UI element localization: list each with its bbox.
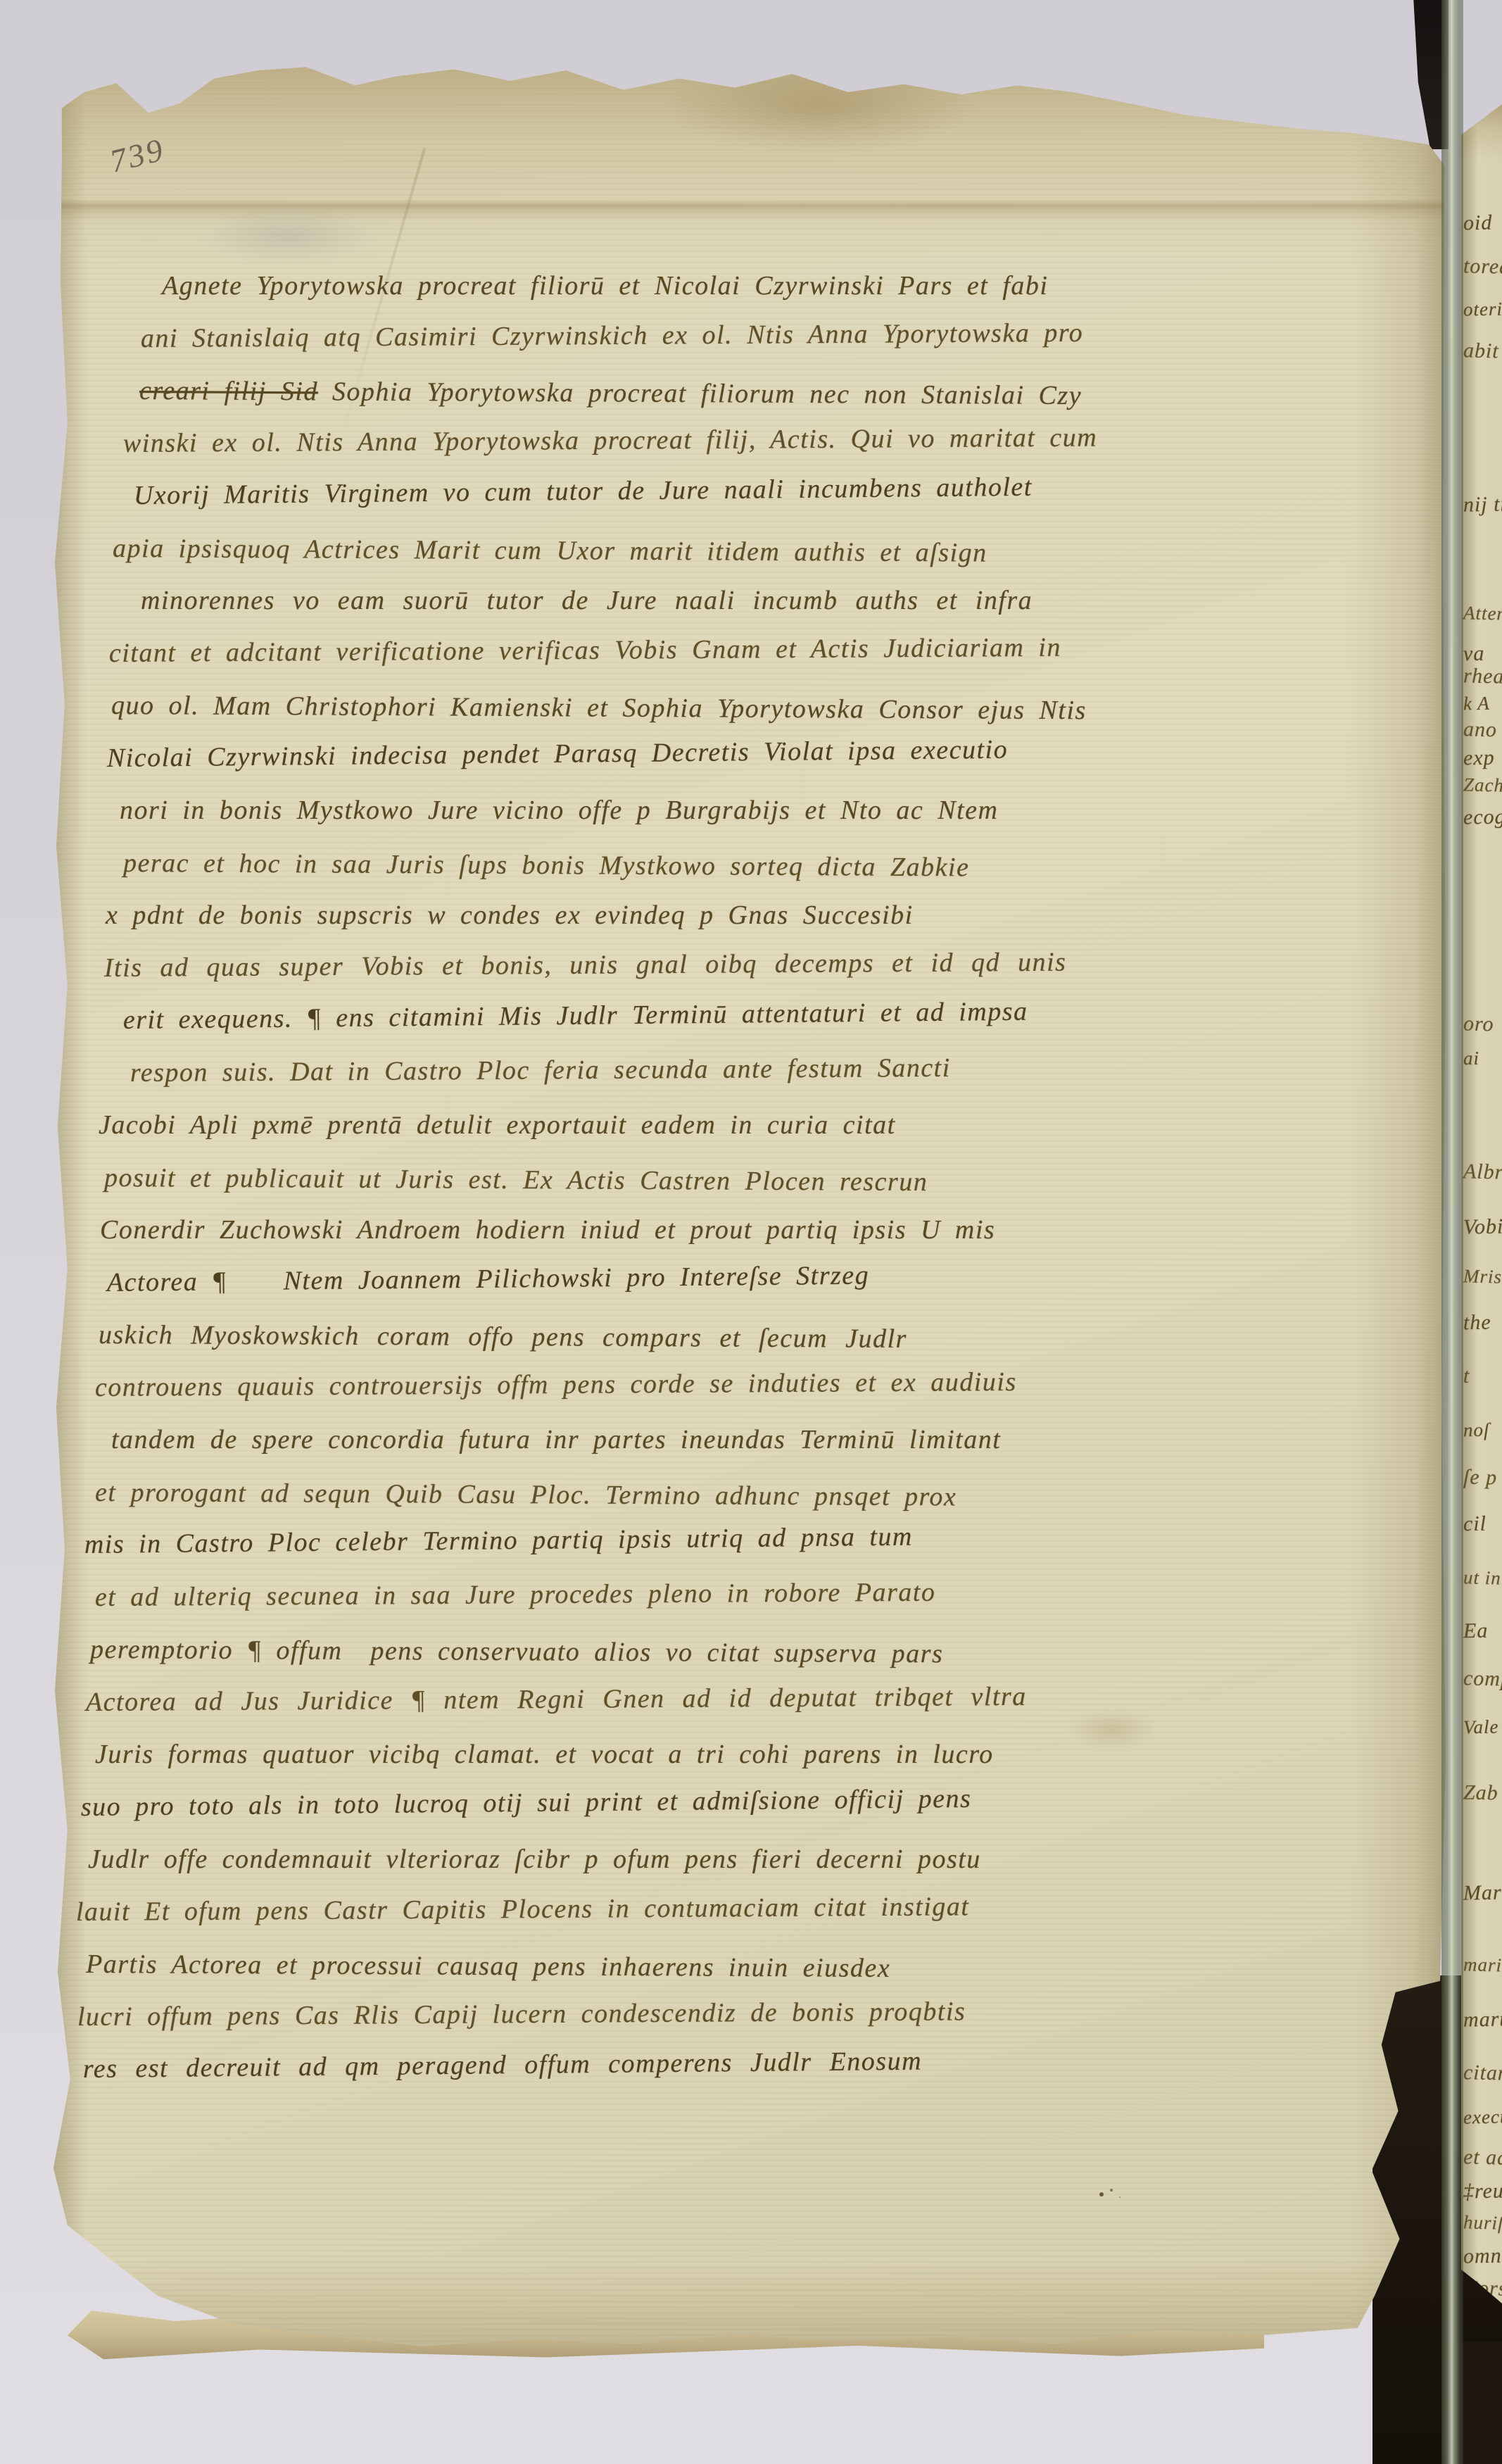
adjacent-page-fragment: ut in — [1463, 1566, 1501, 1589]
adjacent-page-fragment: oid — [1463, 211, 1493, 236]
adjacent-page-fragment: ano e — [1463, 717, 1502, 742]
adjacent-page-fragment: nij tr — [1463, 492, 1502, 517]
manuscript-line: Agnete Yporytowska procreat filiorū et N… — [162, 270, 1430, 323]
adjacent-page-fragment: Vale — [1463, 1716, 1499, 1739]
adjacent-page-fragment: citant — [1463, 2061, 1502, 2086]
adjacent-page-fragment: et ad — [1463, 2145, 1502, 2170]
manuscript-line: apia ipsisquoq Actrices Marit cum Uxor m… — [113, 533, 1430, 592]
adjacent-page-fragment: t — [1463, 1364, 1470, 1388]
adjacent-page-fragment: va — [1463, 642, 1485, 667]
adjacent-page-fragment: omni — [1463, 2244, 1502, 2268]
manuscript-line: lauit Et ofum pens Castr Capitis Plocens… — [76, 1888, 1430, 1949]
adjacent-page-fragment: noſ — [1463, 1419, 1490, 1442]
adjacent-page-fragment: ecogn — [1463, 805, 1502, 829]
manuscript-line: tandem de spere concordia futura inr par… — [111, 1424, 1430, 1477]
adjacent-page-fragment: marū — [1463, 2007, 1502, 2032]
page-number: 739 — [106, 130, 169, 180]
manuscript-line: citant et adcitant verificatione verific… — [109, 629, 1430, 690]
adjacent-page-fragment: comp — [1463, 1666, 1502, 1691]
adjacent-page-fragment: rhea — [1463, 664, 1502, 689]
adjacent-page-fragment: Ea — [1463, 1619, 1489, 1644]
adjacent-page-fragment: k A — [1463, 693, 1490, 715]
manuscript-page: 739 Agnete Yporytowska procreat filiorū … — [51, 65, 1447, 2349]
adjacent-page-fragment: execu — [1463, 2106, 1502, 2128]
manuscript-line: Judlr offe condemnauit vlterioraz ſcibr … — [88, 1844, 1430, 1897]
manuscript-line: controuens quauis controuersijs offm pen… — [95, 1364, 1430, 1424]
photo-background: { "manuscript": { "page_number": "739", … — [0, 0, 1502, 2464]
ink-spots — [1099, 2192, 1104, 2196]
adjacent-page-fragment: Vobis — [1463, 1214, 1502, 1239]
adjacent-page-fragment: cil — [1463, 1512, 1487, 1537]
manuscript-line: x pdnt de bonis supscris w condes ex evi… — [106, 900, 1430, 953]
adjacent-page-fragment: huriſ — [1463, 2211, 1502, 2234]
handwritten-text-block: Agnete Yporytowska procreat filiorū et N… — [51, 270, 1430, 2106]
adjacent-page-fragment: ai — [1463, 1048, 1480, 1069]
adjacent-page-fragment: ſe p — [1463, 1465, 1498, 1490]
adjacent-page-fragment: Zab — [1463, 1780, 1498, 1805]
adjacent-page-fragment: ‡reu — [1463, 2179, 1502, 2204]
adjacent-page-fragment: Marti — [1463, 1880, 1502, 1905]
manuscript-line: Actorea ad Jus Juridice ¶ ntem Regni Gne… — [86, 1678, 1430, 1739]
adjacent-page-fragment: Atten — [1463, 602, 1502, 624]
manuscript-line: ani Stanislaiq atq Casimiri Czyrwinskich… — [141, 315, 1430, 375]
adjacent-page-fragment: exp — [1463, 746, 1495, 771]
manuscript-line: perac et hoc in saa Juris ſups bonis Mys… — [123, 848, 1430, 907]
adjacent-page-fragment: Albr — [1463, 1159, 1502, 1184]
adjacent-page-fragment: Mris — [1463, 1265, 1502, 1288]
adjacent-page-fragment: Zach — [1463, 774, 1502, 796]
adjacent-page: oidtoreaoteritabit .nij trAttenvarheak A… — [1461, 104, 1502, 2374]
manuscript-line: et ad ulteriq secunea in saa Jure proced… — [95, 1573, 1430, 1634]
adjacent-page-fragment: oterit — [1463, 298, 1502, 320]
adjacent-page-fragment: oro — [1463, 1012, 1494, 1037]
adjacent-page-fragment: the — [1463, 1311, 1491, 1335]
manuscript-line: respon suis. Dat in Castro Ploc feria se… — [130, 1049, 1430, 1110]
adjacent-page-fragment: mariti — [1463, 1954, 1502, 1977]
manuscript-line: minorennes vo eam suorū tutor de Jure na… — [141, 585, 1430, 638]
manuscript-line: posuit et publicauit ut Juris est. Ex Ac… — [104, 1162, 1430, 1221]
manuscript-line: Jacobi Apli pxmē prentā detulit exportau… — [99, 1110, 1430, 1162]
adjacent-page-fragment: abit . — [1463, 339, 1502, 363]
glass-edge-strip — [1441, 0, 1463, 2464]
adjacent-page-fragment: torea — [1463, 254, 1502, 279]
manuscript-line: nori in bonis Mystkowo Jure vicino offe … — [120, 795, 1430, 848]
